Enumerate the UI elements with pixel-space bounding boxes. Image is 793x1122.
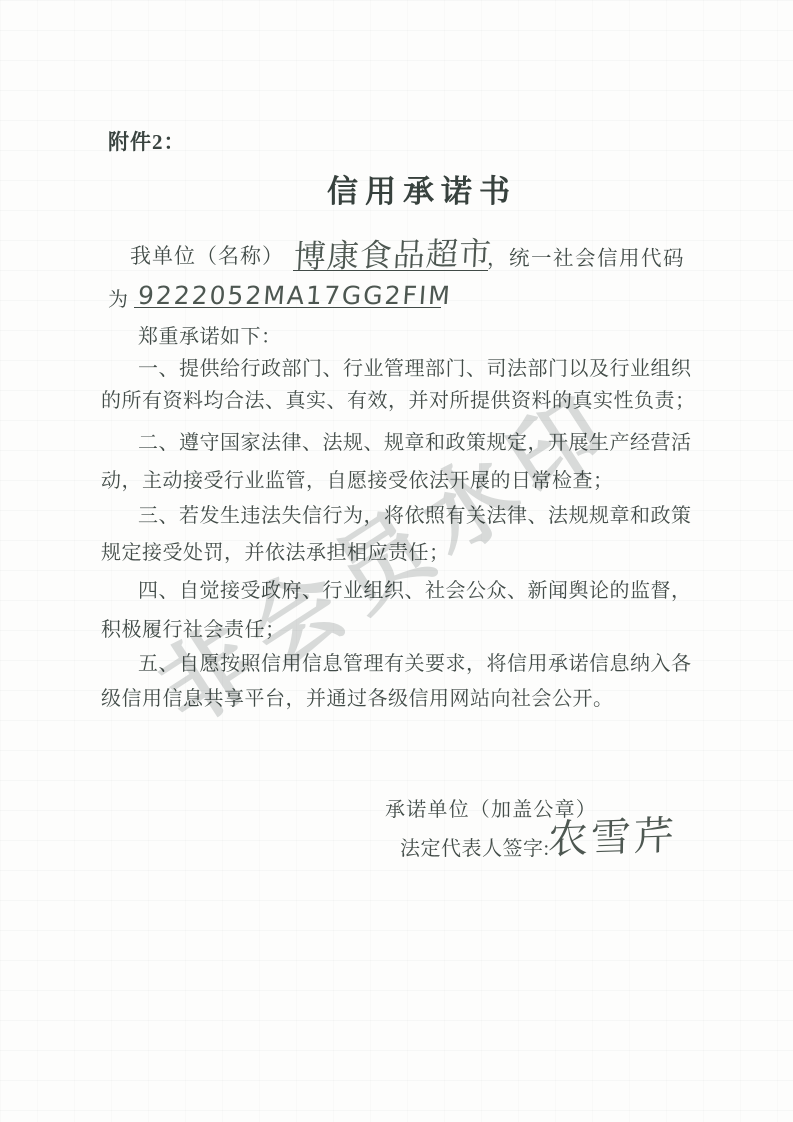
body-line-item2-a: 二、遵守国家法律、法规、规章和政策规定，开展生产经营活	[138, 430, 692, 456]
attachment-label: 附件2：	[108, 126, 186, 156]
credit-code-prefix: 为	[108, 283, 128, 312]
credit-code-underline	[134, 307, 441, 308]
scanned-document-page: 非会员水印 附件2： 信用承诺书 我单位（名称） 博康食品超市 ，统一社会信用代…	[0, 0, 793, 1122]
company-name-underline	[293, 270, 488, 271]
body-line-item1-a: 一、提供给行政部门、行业管理部门、司法部门以及行业组织	[138, 356, 692, 382]
body-line-item5-b: 级信用信息共享平台，并通过各级信用网站向社会公开。	[101, 686, 614, 712]
body-line-item5-a: 五、自愿按照信用信息管理有关要求，将信用承诺信息纳入各	[138, 651, 692, 677]
intro-prefix: 我单位（名称）	[130, 240, 284, 270]
signature-name-handwritten: 农雪芹	[547, 804, 677, 865]
body-line-item1-b: 的所有资料均合法、真实、有效，并对所提供资料的真实性负责；	[101, 388, 696, 414]
body-line-item4-b: 积极履行社会责任；	[101, 617, 286, 643]
body-line-item4-a: 四、自觉接受政府、行业组织、社会公众、新闻舆论的监督，	[138, 578, 692, 604]
body-line-item3-a: 三、若发生违法失信行为，将依照有关法律、法规规章和政策	[138, 503, 692, 529]
body-line-item3-b: 规定接受处罚，并依法承担相应责任；	[101, 540, 450, 566]
intro-suffix: ，统一社会信用代码	[487, 241, 685, 271]
signature-label: 法定代表人签字:	[400, 832, 550, 861]
credit-code-handwritten: 9222052MA17GG2FIM	[137, 281, 453, 310]
document-title: 信用承诺书	[327, 166, 517, 211]
body-line-pledge-heading: 郑重承诺如下：	[138, 324, 282, 350]
body-line-item2-b: 动，主动接受行业监管，自愿接受依法开展的日常检查；	[101, 468, 614, 494]
